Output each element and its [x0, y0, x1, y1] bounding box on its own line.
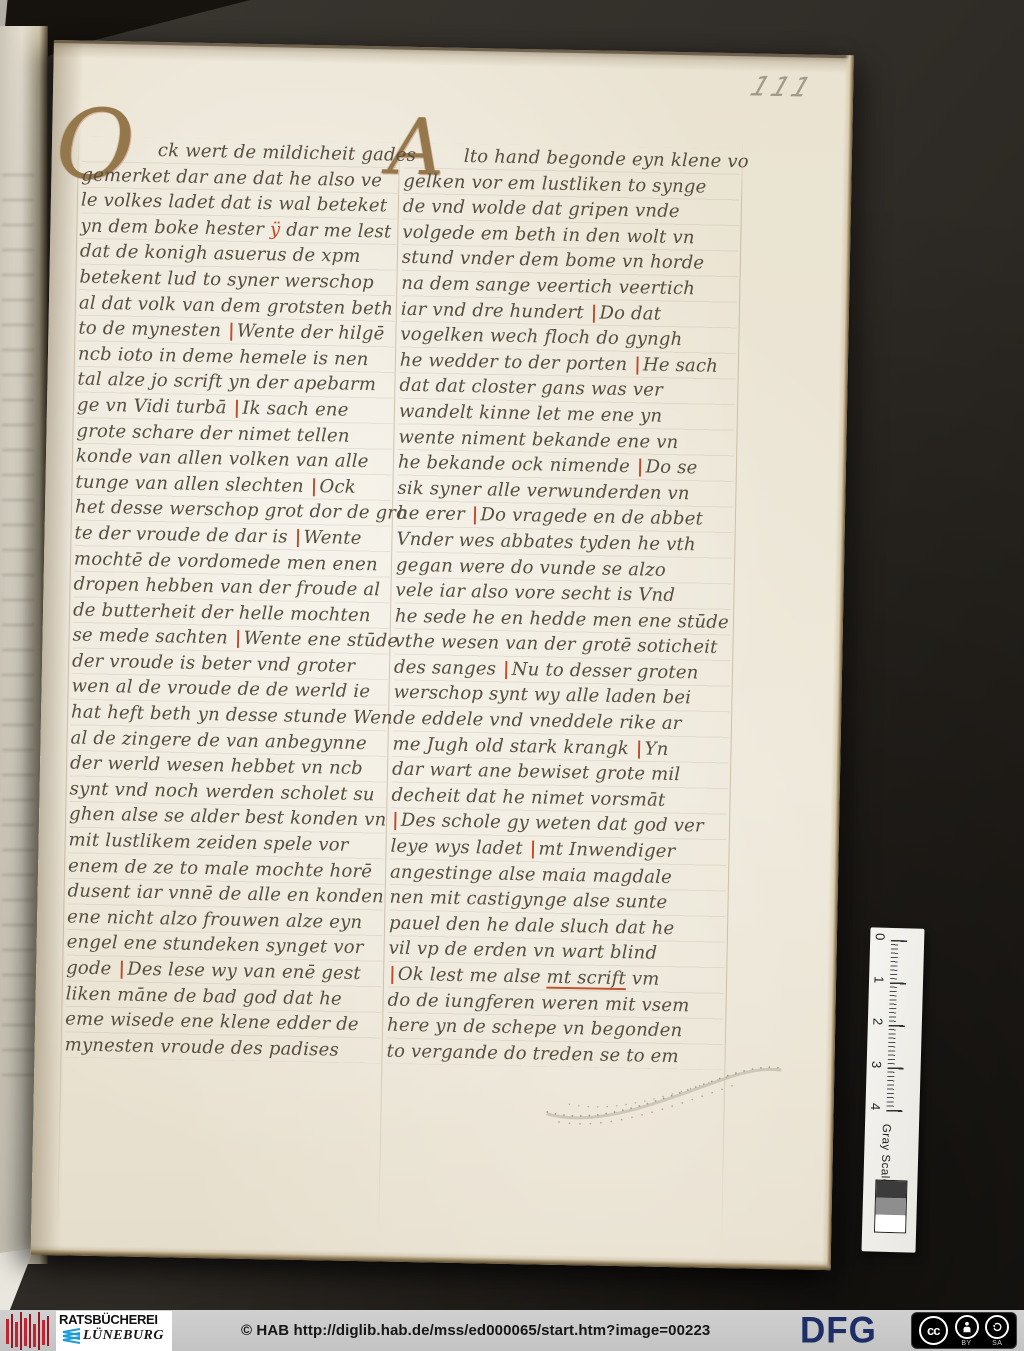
ratsbuecherei-bars-icon: [5, 1312, 51, 1350]
folio-number: 111: [743, 72, 821, 104]
ruler-number: 0: [872, 933, 887, 947]
cm-ticks: [886, 940, 907, 1113]
library-logo: RATSBÜCHEREI LÜNEBURG: [56, 1311, 172, 1351]
ruler-number: 3: [869, 1060, 884, 1074]
footer-bar: RATSBÜCHEREI LÜNEBURG © HAB http://digli…: [0, 1310, 1024, 1351]
ruler-number: 2: [870, 1018, 885, 1032]
manuscript-page: 111 O A ck wert de mildicheit gadesgemer…: [31, 40, 854, 1270]
gray-scale-ruler: 01234 Gray Scale: [861, 927, 924, 1252]
page-bottom-edge: [31, 1245, 831, 1270]
gray-patch: [875, 1215, 905, 1233]
manuscript-column-2: lto hand begonde eyn klene vogelken vor …: [386, 143, 740, 1071]
gray-patch: [876, 1181, 906, 1199]
gray-patch: [876, 1198, 906, 1216]
manuscript-column-1: ck wert de mildicheit gadesgemerket dar …: [64, 137, 398, 1064]
manuscript-line: mynesten vroude des padises: [64, 1032, 380, 1064]
ghost-text-column: [2, 174, 34, 1086]
ruler-number: 1: [871, 975, 886, 989]
library-city: LÜNEBURG: [83, 1328, 164, 1344]
cc-license-badge: cc BY SA: [911, 1312, 1017, 1349]
by-label: BY: [961, 1340, 971, 1347]
gray-patches: [874, 1180, 907, 1234]
sewn-repair-sprig: [538, 1052, 789, 1137]
sa-sharealike-icon: [985, 1315, 1009, 1339]
page-top-edge: [54, 40, 854, 73]
ruler-numbers: 01234: [871, 927, 925, 929]
ruler-number: 4: [868, 1103, 883, 1117]
sa-label: SA: [992, 1340, 1002, 1347]
digitized-manuscript-viewer: 111 O A ck wert de mildicheit gadesgemer…: [0, 0, 1024, 1351]
by-attribution-icon: [955, 1315, 979, 1339]
waves-icon: [59, 1328, 81, 1344]
scan-photo: 111 O A ck wert de mildicheit gadesgemer…: [0, 0, 1024, 1310]
fore-edge: [822, 55, 854, 1270]
dfg-logo: DFG: [800, 1309, 877, 1351]
copyright-text: © HAB http://diglib.hab.de/mss/ed000065/…: [241, 1310, 710, 1351]
library-name: RATSBÜCHEREI: [59, 1312, 170, 1327]
cc-icon: cc: [919, 1316, 948, 1345]
